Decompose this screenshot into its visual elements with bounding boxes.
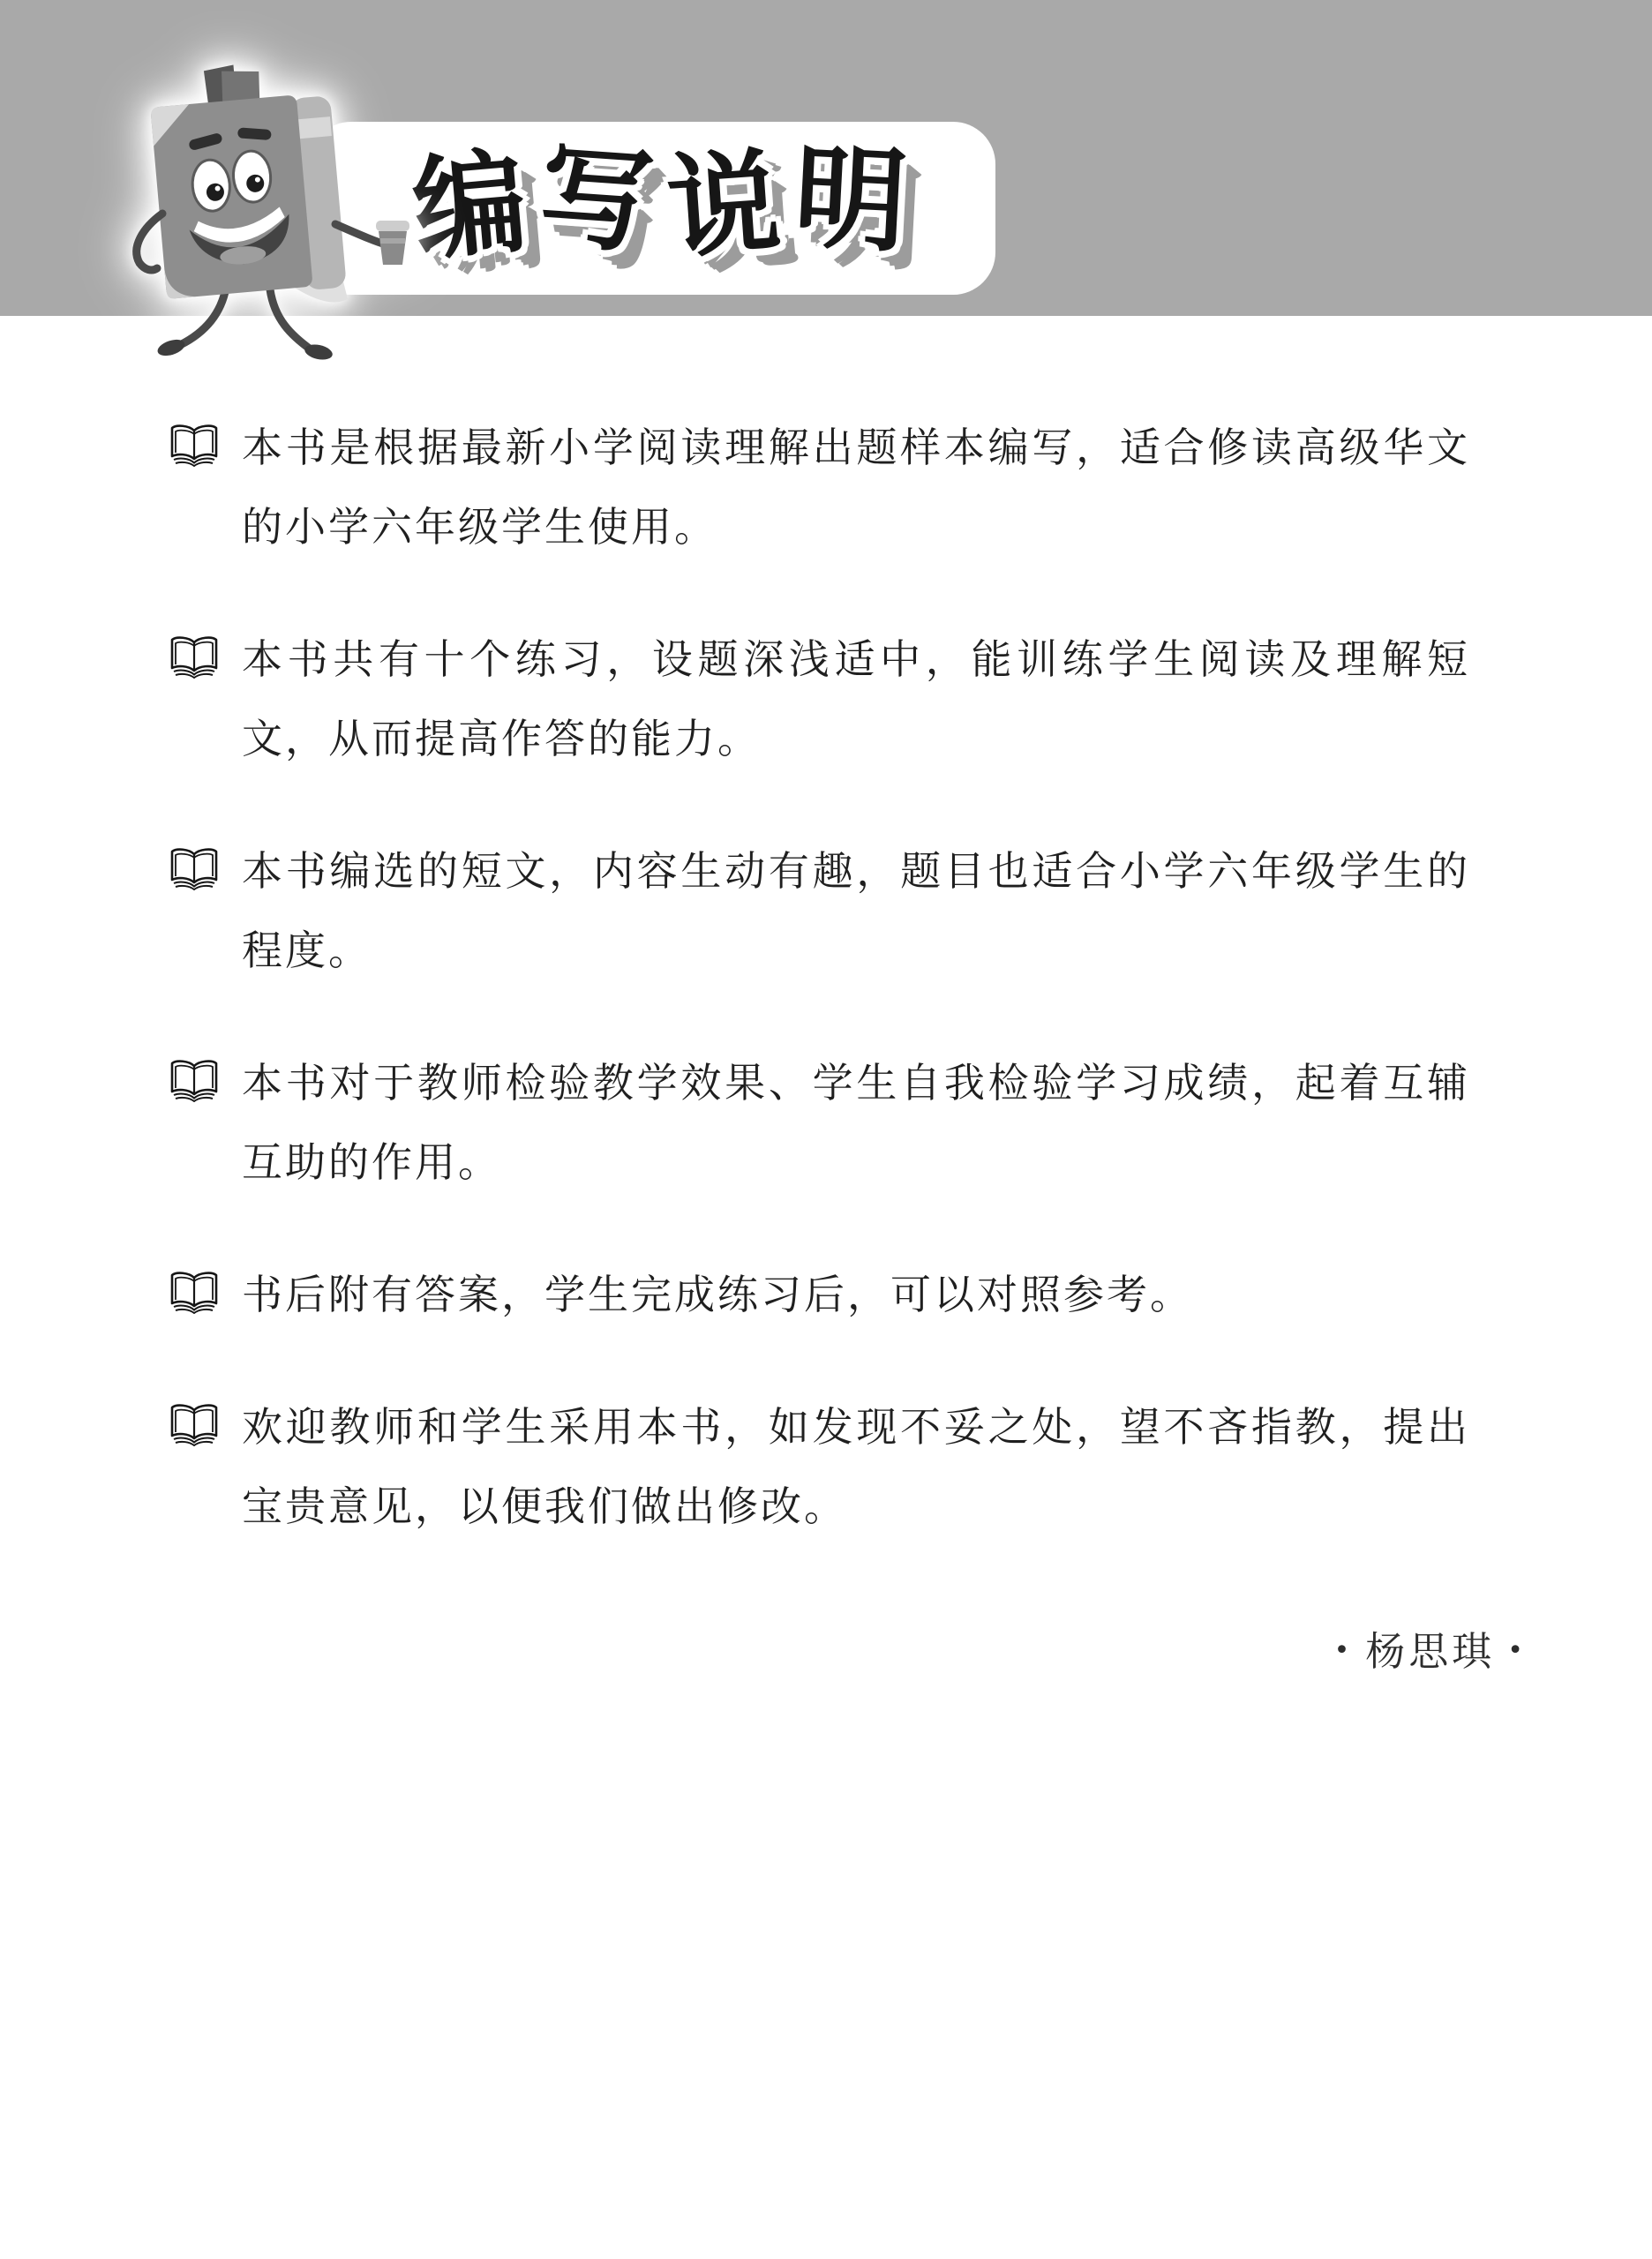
book-page: 编写说明 [0,0,1652,2259]
text-line: 宝贵意见，以便我们做出修改。 [242,1467,1470,1547]
bullet-text: 欢迎教师和学生采用本书，如发现不妥之处，望不吝指教，提出宝贵意见，以便我们做出修… [242,1388,1470,1547]
open-book-icon [169,423,219,467]
text-line: 互助的作用。 [242,1123,1470,1203]
list-item: 本书对于教师检验教学效果、学生自我检验学习成绩，起着互辅互助的作用。 [169,1044,1476,1203]
open-book-icon [169,1270,219,1314]
open-book-icon [169,1402,219,1446]
title-char: 编 [408,131,546,282]
text-line: 书后附有答案，学生完成练习后，可以对照参考。 [242,1256,1470,1335]
text-line: 本书是根据最新小学阅读理解出题样本编写，适合修读高级华文 [242,409,1470,488]
author-name: 杨思琪 [1365,1628,1495,1675]
bullet-text: 本书对于教师检验教学效果、学生自我检验学习成绩，起着互辅互助的作用。 [242,1044,1470,1203]
bullet-text: 本书是根据最新小学阅读理解出题样本编写，适合修读高级华文的小学六年级学生使用。 [242,409,1470,567]
mascot-graphic [137,56,409,362]
list-item: 欢迎教师和学生采用本书，如发现不妥之处，望不吝指教，提出宝贵意见，以便我们做出修… [169,1388,1476,1547]
list-item: 本书编选的短文，内容生动有趣，题目也适合小学六年级学生的程度。 [169,832,1476,991]
open-book-icon [169,846,219,890]
bullet-text: 本书编选的短文，内容生动有趣，题目也适合小学六年级学生的程度。 [242,832,1470,991]
open-book-icon [169,1058,219,1102]
bullet-text: 本书共有十个练习，设题深浅适中，能训练学生阅读及理解短文，从而提高作答的能力。 [242,620,1470,779]
list-item: 书后附有答案，学生完成练习后，可以对照参考。 [169,1256,1476,1335]
page-title: 编写说明 [413,131,921,272]
list-item: 本书共有十个练习，设题深浅适中，能训练学生阅读及理解短文，从而提高作答的能力。 [169,620,1476,779]
title-char: 写 [536,126,672,276]
list-item: 本书是根据最新小学阅读理解出题样本编写，适合修读高级华文的小学六年级学生使用。 [169,409,1476,567]
title-char: 明 [791,127,925,274]
text-line: 本书共有十个练习，设题深浅适中，能训练学生阅读及理解短 [242,620,1470,700]
text-line: 本书对于教师检验教学效果、学生自我检验学习成绩，起着互辅 [242,1044,1470,1123]
bullet-text: 书后附有答案，学生完成练习后，可以对照参考。 [242,1256,1470,1335]
open-book-icon [169,634,219,679]
text-line: 欢迎教师和学生采用本书，如发现不妥之处，望不吝指教，提出 [242,1388,1470,1467]
text-line: 的小学六年级学生使用。 [242,488,1470,567]
walking-book-mascot-icon [113,51,409,362]
text-line: 文，从而提高作答的能力。 [242,700,1470,779]
text-line: 本书编选的短文，内容生动有趣，题目也适合小学六年级学生的 [242,832,1470,912]
author-dot-left: • [1334,1620,1354,1682]
text-line: 程度。 [242,912,1470,991]
author-dot-right: • [1507,1620,1527,1682]
author-signature: •杨思琪• [1322,1620,1539,1683]
bullet-list: 本书是根据最新小学阅读理解出题样本编写，适合修读高级华文的小学六年级学生使用。本… [169,409,1476,1600]
title-char: 说 [663,131,800,281]
